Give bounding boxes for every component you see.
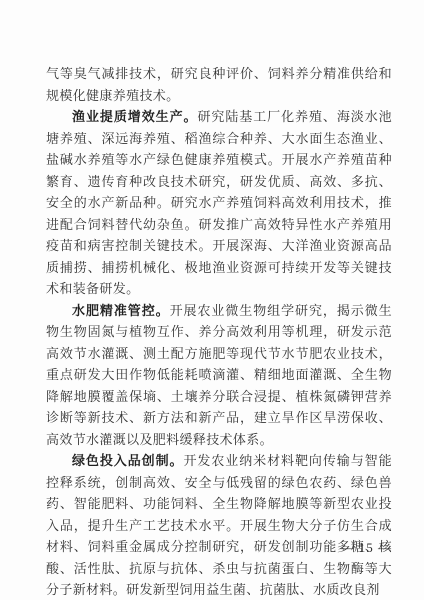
paragraph-lead: 渔业提质增效生产。 xyxy=(72,109,197,124)
paragraph-water-fertilizer-control: 水肥精准管控。开展农业微生物组学研究，揭示微生物生物固氮与植物互作、养分高效利用… xyxy=(46,300,392,451)
page-number: — 15 — xyxy=(341,540,393,556)
paragraph-fishery-quality: 渔业提质增效生产。研究陆基工厂化养殖、海淡水池塘养殖、深远海养殖、稻渔综合种养、… xyxy=(46,106,392,300)
paragraph-text: 气等臭气减排技术，研究良种评价、饲料养分精准供给和规模化健康养殖技术。 xyxy=(46,66,392,103)
paragraph-green-inputs: 绿色投入品创制。开发农业纳米材料靶向传输与智能控释系统，创制高效、安全与低残留的… xyxy=(46,450,392,600)
paragraph-lead: 水肥精准管控。 xyxy=(72,303,170,318)
paragraph-lead: 绿色投入品创制。 xyxy=(72,453,184,468)
paragraph-text: 开发农业纳米材料靶向传输与智能控释系统，创制高效、安全与低残留的绿色农药、绿色兽… xyxy=(46,453,392,597)
paragraph-continuation: 气等臭气减排技术，研究良种评价、饲料养分精准供给和规模化健康养殖技术。 xyxy=(46,63,392,106)
page-body-text: 气等臭气减排技术，研究良种评价、饲料养分精准供给和规模化健康养殖技术。 渔业提质… xyxy=(46,63,392,600)
paragraph-text: 开展农业微生物组学研究，揭示微生物生物固氮与植物互作、养分高效利用等机理，研发示… xyxy=(46,303,392,447)
paragraph-text: 研究陆基工厂化养殖、海淡水池塘养殖、深远海养殖、稻渔综合种养、大水面生态渔业、盐… xyxy=(46,109,392,296)
document-page: 气等臭气减排技术，研究良种评价、饲料养分精准供给和规模化健康养殖技术。 渔业提质… xyxy=(0,0,424,600)
